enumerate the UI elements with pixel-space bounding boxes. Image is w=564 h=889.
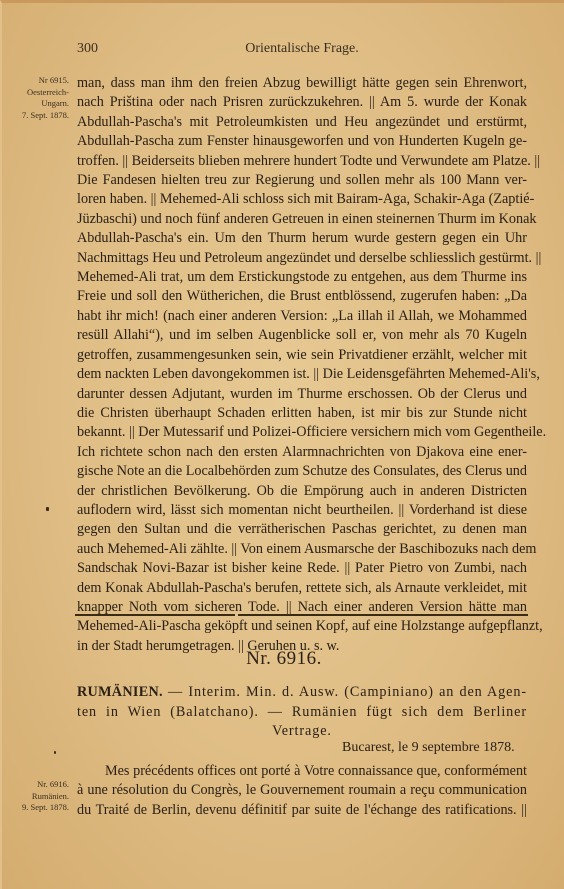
dateline: Bucarest, le 9 septembre 1878.	[342, 740, 515, 756]
text-line: Jüzbaschi) und noch fünf anderen Getreue…	[77, 210, 527, 229]
text-line: gische Note an die Localbehörden zum Sch…	[77, 462, 527, 481]
document-6915-body: man, dass man ihm den freien Abzug bewil…	[77, 74, 527, 656]
text-line: Ich richtete schon nach den ersten Alarm…	[77, 443, 527, 462]
text-line: resüll Allahi“), und im selben Augenblic…	[77, 326, 527, 345]
running-head: 300 Orientalische Frage.	[77, 41, 527, 61]
margin-note-6915: Nr 6915. Oesterreich- Ungarn. 7. Sept. 1…	[2, 75, 69, 121]
margin-note-6916: Nr. 6916. Rumänien. 9. Sept. 1878.	[2, 779, 69, 814]
text-line: Die Fandesen hielten treu zur Regierung …	[77, 171, 527, 190]
margin-note-line: 9. Sept. 1878.	[2, 802, 69, 814]
text-line: Abdullah-Pascha's ein. Um den Thurm heru…	[77, 229, 527, 248]
text-line: Mehemed-Ali trat, um dem Erstickungstode…	[77, 268, 527, 287]
document-number: Nr. 6916.	[2, 648, 564, 670]
text-line: die Christen überhaupt Schaden erlitten …	[77, 404, 527, 423]
text-line: getroffen, zusammengesunken sein, wie se…	[77, 346, 527, 365]
document-6916-heading: RUMÄNIEN. — Interim. Min. d. Ausw. (Camp…	[77, 683, 527, 742]
running-title: Orientalische Frage.	[77, 41, 527, 57]
margin-note-line: Nr. 6916.	[2, 779, 69, 791]
text-line: dem nackten Leben davongekommen ist. || …	[77, 365, 527, 384]
text-line: dem Konak Abdullah-Pascha's berufen, ret…	[77, 579, 527, 598]
text-line: Sandschak Novi-Bazar ist bisher keine Re…	[77, 559, 527, 578]
separator-rule	[75, 614, 235, 616]
book-page: 300 Orientalische Frage. Nr 6915. Oester…	[0, 0, 564, 889]
heading-line: RUMÄNIEN. — Interim. Min. d. Ausw. (Camp…	[77, 683, 527, 703]
separator-rule	[238, 614, 528, 616]
heading-line: Vertrage.	[77, 722, 527, 742]
text-line: Freie und soll den Wütherichen, die Brus…	[77, 287, 527, 306]
text-line: nach Priština oder nach Prisren zurückzu…	[77, 93, 527, 112]
heading-text: — Interim. Min. d. Ausw. (Campiniano) an…	[163, 684, 527, 700]
text-line: Nachmittags Heu und Petroleum angezündet…	[77, 249, 527, 268]
margin-note-line: Nr 6915.	[2, 75, 69, 87]
margin-note-line: Ungarn.	[2, 98, 69, 110]
text-line: auch Mehemed-Ali zählte. || Von einem Au…	[77, 540, 527, 559]
text-line: habt ihr mich! (nach einer anderen Versi…	[77, 307, 527, 326]
margin-note-line: Oesterreich-	[2, 87, 69, 99]
heading-country: RUMÄNIEN.	[77, 684, 163, 700]
text-line: loren haben. || Mehemed-Ali schloss sich…	[77, 190, 527, 209]
text-line: gegen den Sultan und die verrätherischen…	[77, 520, 527, 539]
heading-line: ten in Wien (Balatchano). — Rumänien füg…	[77, 703, 527, 723]
text-line: Abdullah-Pascha zum Fenster hinausgeworf…	[77, 132, 527, 151]
text-line: der christlichen Bevölkerung. Ob die Emp…	[77, 482, 527, 501]
text-line: auflodern wird, lässt sich momentan nich…	[77, 501, 527, 520]
text-line: man, dass man ihm den freien Abzug bewil…	[77, 74, 527, 93]
text-line: Mes précédents offices ont porté à Votre…	[77, 762, 527, 781]
margin-note-line: Rumänien.	[2, 791, 69, 803]
text-line: bekannt. || Der Mutessarif und Polizei-O…	[77, 423, 527, 442]
text-line: à une résolution du Congrès, le Gouverne…	[77, 781, 527, 800]
print-speck	[46, 507, 49, 511]
text-line: darunter dessen Adjutant, wurden im Thur…	[77, 385, 527, 404]
text-line: Abdullah-Pascha's mit Petroleumkisten un…	[77, 113, 527, 132]
document-6916-body: Mes précédents offices ont porté à Votre…	[77, 762, 527, 820]
text-line: Mehemed-Ali-Pascha geköpft und seinen Ko…	[77, 617, 527, 636]
print-speck	[54, 751, 56, 754]
margin-note-line: 7. Sept. 1878.	[2, 110, 69, 122]
text-line: du Traité de Berlin, devenu définitif pa…	[77, 801, 527, 820]
text-line: troffen. || Beiderseits blieben mehrere …	[77, 152, 527, 171]
